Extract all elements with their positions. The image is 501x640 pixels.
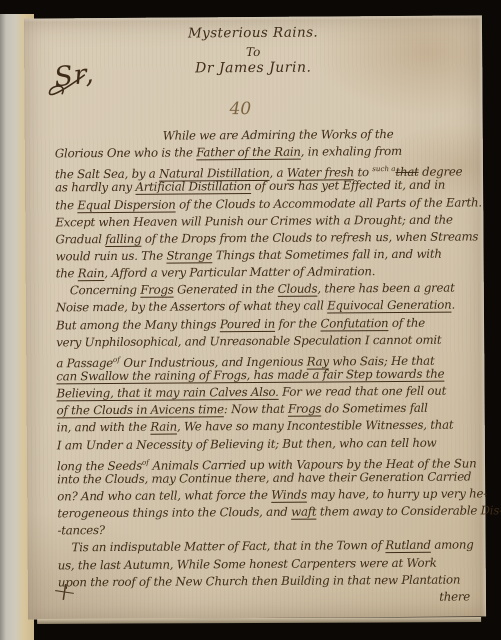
manuscript-text-segment: very Unphilosophical, and Unreasonable S… [56, 332, 441, 349]
manuscript-text-segment: Equal Dispersion [77, 197, 175, 212]
manuscript-text-segment: upon the roof of the New Church then Bui… [58, 572, 460, 589]
manuscript-text-segment: falling [105, 232, 141, 246]
manuscript-text-segment: Poured in [220, 316, 275, 330]
manuscript-text-segment: may have, to hurry up very he- [307, 486, 487, 501]
manuscript-text-segment: Things that Sometimes fall in, and with [212, 247, 441, 263]
manuscript-text-segment: of the Clouds in Avicens time [57, 402, 224, 417]
manuscript-text-segment: Except when Heaven will Punish our Crime… [55, 212, 452, 229]
manuscript-text-segment: I am Under a Necessity of Believing it; … [57, 435, 437, 452]
manuscript-text-segment: , We have so many Incontestible Witnesse… [177, 418, 454, 434]
manuscript-text-segment: of [113, 355, 120, 364]
manuscript-text-segment: But among the Many things [56, 317, 220, 332]
manuscript-paper: Mysterious Rains. To Dr James Jurin. 40 … [24, 15, 486, 619]
margin-cross-mark: + [50, 575, 79, 608]
manuscript-text-segment: Glorious One who is the [55, 146, 197, 161]
page-number: 40 [229, 99, 251, 119]
manuscript-text-segment: Concerning [70, 283, 141, 297]
manuscript-line: upon the roof of the New Church then Bui… [58, 571, 470, 591]
document-title: Mysterious Rains. [24, 23, 482, 42]
manuscript-text-segment: Rutland [385, 538, 431, 552]
manuscript-text-segment: such a [372, 164, 395, 173]
manuscript-text-segment: Frogs [140, 283, 173, 297]
manuscript-text-segment: . [451, 298, 455, 312]
manuscript-text-segment: Winds [271, 488, 307, 502]
manuscript-text-segment: do Sometimes fall [321, 401, 428, 416]
manuscript-text-segment: Gradual [55, 232, 105, 246]
manuscript-line: terogeneous things into the Clouds, and … [57, 503, 469, 523]
manuscript-text-segment: Confutation [320, 316, 388, 330]
manuscript-text-segment: in, and with the [57, 420, 151, 435]
manuscript-text-segment: there [439, 589, 470, 603]
manuscript-line: there [58, 588, 470, 608]
manuscript-text-segment: Father of the Rain [196, 145, 301, 160]
manuscript-text-segment: -tances? [57, 523, 104, 537]
manuscript-text-segment: , Afford a very Particular Matter of Adm… [104, 264, 375, 280]
manuscript-text-segment: , in exhaling from [301, 144, 402, 159]
manuscript-text-segment: them away to Considerable Dis- [316, 503, 501, 518]
manuscript-line: Tis an indisputable Matter of Fact, that… [58, 537, 470, 557]
salutation: Sr, [53, 58, 96, 93]
manuscript-text-segment: While we are Admiring the Works of the [163, 127, 394, 143]
manuscript-text-segment: the [55, 198, 77, 212]
manuscript-text-segment: : Now that [224, 402, 288, 416]
manuscript-text-segment: Noise made, by the Assertors of what the… [56, 299, 327, 315]
manuscript-text-segment: into the Clouds, may Continue there, and… [57, 469, 471, 486]
manuscript-text-segment: us, the last Autumn, While Some honest C… [58, 555, 437, 572]
manuscript-text-segment: on? And who can tell, what force the [57, 488, 271, 503]
manuscript-text-segment: Strange [166, 248, 212, 262]
scanned-manuscript-page: { "colors": { "background": "#0b0805", "… [0, 0, 501, 640]
manuscript-line: Noise made, by the Assertors of what the… [56, 297, 468, 317]
pen-flourish-icon [40, 73, 89, 108]
manuscript-line: would ruin us. The Strange Things that S… [56, 245, 468, 265]
manuscript-text-segment: Artificial Distillation [135, 179, 251, 194]
manuscript-text-segment: , there has been a great [317, 281, 454, 296]
manuscript-text-segment: for the [275, 316, 321, 330]
manuscript-text-segment: Believing, that it may rain Calves Also. [56, 385, 278, 401]
manuscript-text-segment: the [56, 266, 78, 280]
manuscript-text-segment: terogeneous things into the Clouds, and [57, 505, 291, 521]
manuscript-body: While we are Admiring the Works of theGl… [55, 126, 470, 609]
manuscript-text-segment: Clouds [278, 282, 318, 296]
manuscript-text-segment: Generated in the [174, 282, 278, 297]
manuscript-text-segment: among [431, 538, 474, 552]
manuscript-text-segment: can Swallow the raining of Frogs, has ma… [56, 367, 444, 384]
manuscript-line: in, and with the Rain, We have so many I… [57, 417, 469, 437]
manuscript-text-segment: For we read that one fell out [279, 384, 447, 399]
manuscript-text-segment: as hardly any [55, 180, 136, 195]
manuscript-text-segment: of the Clouds to Accommodate all Parts o… [176, 195, 482, 211]
manuscript-text-segment: of the [388, 315, 425, 329]
manuscript-text-segment: of ours has yet Effected it, and in [251, 178, 445, 193]
manuscript-text-segment: of the Drops from the Clouds to refresh … [141, 229, 478, 245]
manuscript-text-segment: Tis an indisputable Matter of Fact, that… [72, 538, 386, 554]
manuscript-text-segment: would ruin us. The [56, 249, 167, 264]
manuscript-text-segment: Frogs [288, 402, 321, 416]
manuscript-text-segment: waft [291, 505, 316, 519]
manuscript-text-segment: Equivocal Generation [327, 298, 451, 313]
manuscript-text-segment: Rain [150, 420, 177, 434]
manuscript-text-segment: Rain [78, 266, 105, 280]
